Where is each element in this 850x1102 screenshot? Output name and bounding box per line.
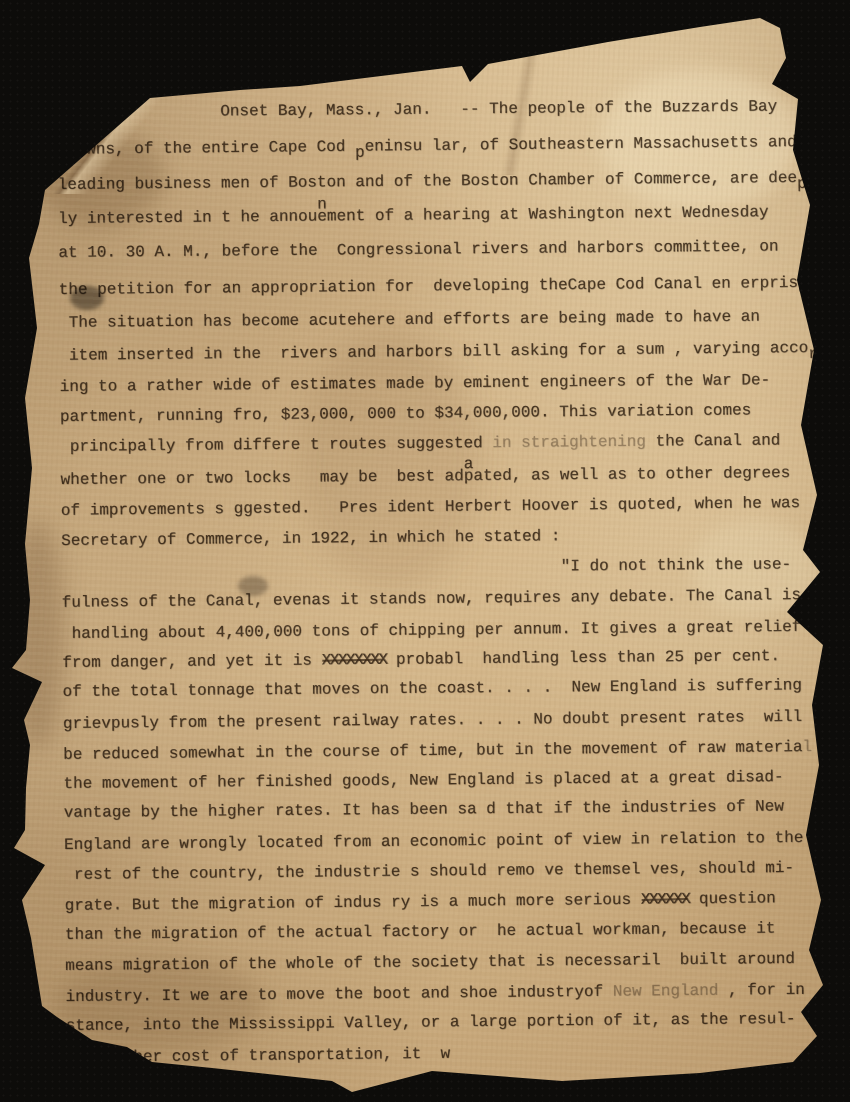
paragraph: "I do not think the use-fulness of the C… <box>61 556 846 1079</box>
text-segment: l <box>802 738 812 756</box>
document-page: Onset Bay, Mass., Jan. -- The people of … <box>0 0 850 1102</box>
text-segment: industry. It we are to move the boot and… <box>65 983 612 1006</box>
text-segment: question <box>689 890 776 909</box>
text-line: e higher cost of transportation, it w <box>66 1041 846 1079</box>
text-segment: p <box>355 145 365 161</box>
text-segment: principally from differe t routes sugges… <box>60 434 492 456</box>
text-segment: eninsu lar, of Southeastern Massachusett… <box>365 133 797 156</box>
text-segment: , for in <box>718 981 805 1000</box>
paragraph: Onset Bay, Mass., Jan. -- The people of … <box>57 99 839 316</box>
paragraph: The situation has become acutehere and e… <box>59 309 841 564</box>
text-segment: e higher cost of transportation, it w <box>66 1045 450 1067</box>
text-segment: Onset Bay, Mass., Jan. -- The people of … <box>57 98 777 122</box>
text-segment: p <box>797 176 807 192</box>
text-line: than the migration of the actual factory… <box>65 920 845 957</box>
photo-background: { "scene": { "background_color": "#0d0c0… <box>0 0 850 1102</box>
text-segment: pated, as well as to other degrees <box>464 464 791 485</box>
text-segment: New England <box>613 982 719 1001</box>
overstruck-text: XXXXXXXX <box>321 651 386 670</box>
text-segment: e <box>798 281 808 297</box>
text-segment: rd <box>808 346 827 362</box>
text-segment: towns, of the entire Cape Cod <box>57 138 355 159</box>
scan-background: Onset Bay, Mass., Jan. -- The people of … <box>0 0 850 1102</box>
text-segment: the Canal and <box>646 432 781 451</box>
text-segment: in straightening <box>492 433 646 452</box>
typewritten-text: Onset Bay, Mass., Jan. -- The people of … <box>57 99 846 1079</box>
overstruck-text: XXXXXX <box>641 891 690 910</box>
text-line: leading business men of Boston and of th… <box>58 170 838 212</box>
stain <box>10 520 65 750</box>
text-segment: whether one or two locks may be best ad <box>61 467 464 489</box>
